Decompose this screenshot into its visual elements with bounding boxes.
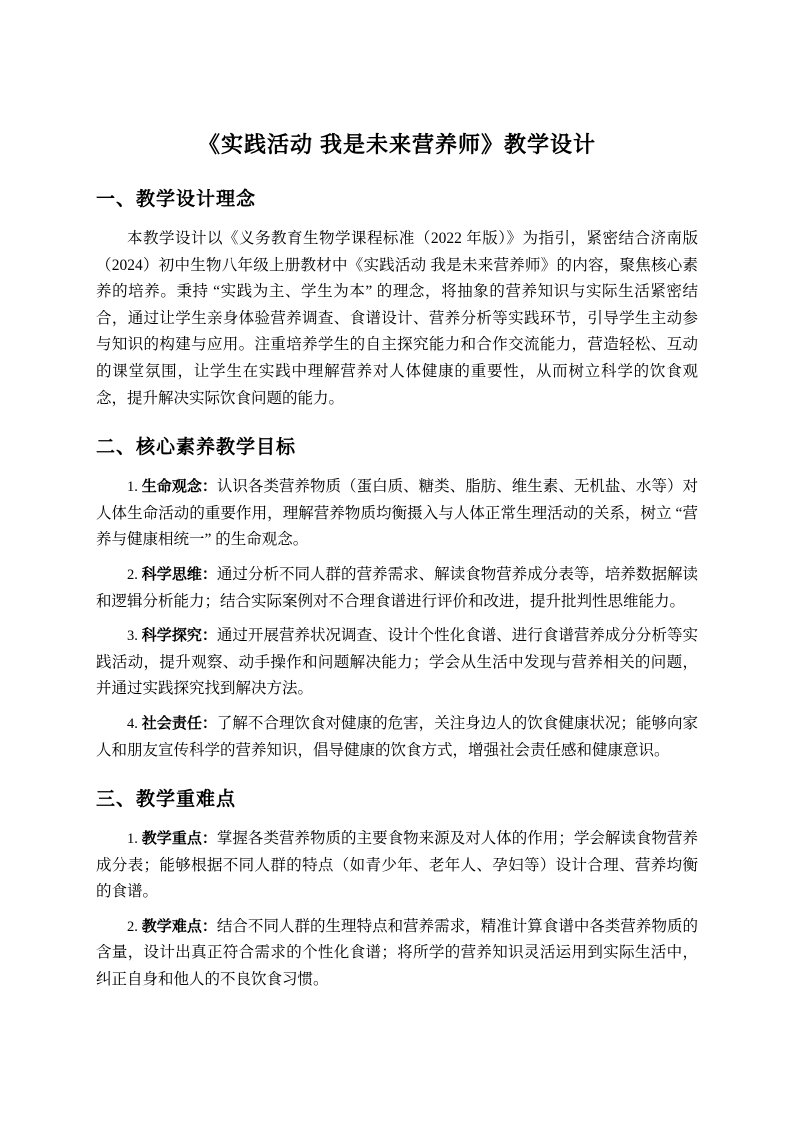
objective-item-life-concept: 1. 生命观念：认识各类营养物质（蛋白质、糖类、脂肪、维生素、无机盐、水等）对人… (96, 474, 698, 554)
section-core-literacy-objectives: 二、核心素养教学目标 1. 生命观念：认识各类营养物质（蛋白质、糖类、脂肪、维生… (96, 435, 698, 764)
objective-item-social-responsibility: 4. 社会责任：了解不合理饮食对健康的危害，关注身边人的饮食健康状况；能够向家人… (96, 711, 698, 764)
item-term: 社会责任： (142, 715, 217, 732)
item-term: 教学重点： (142, 830, 217, 847)
item-number: 1. (127, 831, 138, 847)
document-title: 《实践活动 我是未来营养师》教学设计 (96, 130, 698, 160)
item-term: 科学思维： (142, 566, 217, 583)
paragraph-design-concept: 本教学设计以《义务教育生物学课程标准（2022 年版）》为指引，紧密结合济南版（… (96, 226, 698, 412)
item-term: 生命观念： (142, 478, 217, 495)
item-number: 1. (127, 479, 138, 495)
section-design-concept: 一、教学设计理念 本教学设计以《义务教育生物学课程标准（2022 年版）》为指引… (96, 187, 698, 412)
item-number: 4. (127, 716, 138, 732)
section-heading-design-concept: 一、教学设计理念 (96, 187, 698, 213)
item-number: 3. (127, 628, 138, 644)
objective-item-scientific-inquiry: 3. 科学探究：通过开展营养状况调查、设计个性化食谱、进行食谱营养成分分析等实践… (96, 623, 698, 703)
section-key-difficult-points: 三、教学重难点 1. 教学重点：掌握各类营养物质的主要食物来源及对人体的作用；学… (96, 787, 698, 994)
item-number: 2. (127, 919, 138, 935)
document-page: 《实践活动 我是未来营养师》教学设计 一、教学设计理念 本教学设计以《义务教育生… (0, 0, 794, 1123)
item-term: 教学难点： (142, 918, 217, 935)
objective-item-scientific-thinking: 2. 科学思维：通过分析不同人群的营养需求、解读食物营养成分表等，培养数据解读和… (96, 562, 698, 615)
section-heading-key-difficult-points: 三、教学重难点 (96, 787, 698, 813)
point-item-teaching-difficulty: 2. 教学难点：结合不同人群的生理特点和营养需求，精准计算食谱中各类营养物质的含… (96, 914, 698, 994)
point-item-teaching-key: 1. 教学重点：掌握各类营养物质的主要食物来源及对人体的作用；学会解读食物营养成… (96, 826, 698, 906)
item-number: 2. (127, 567, 138, 583)
section-heading-core-literacy-objectives: 二、核心素养教学目标 (96, 435, 698, 461)
item-term: 科学探究： (142, 627, 217, 644)
